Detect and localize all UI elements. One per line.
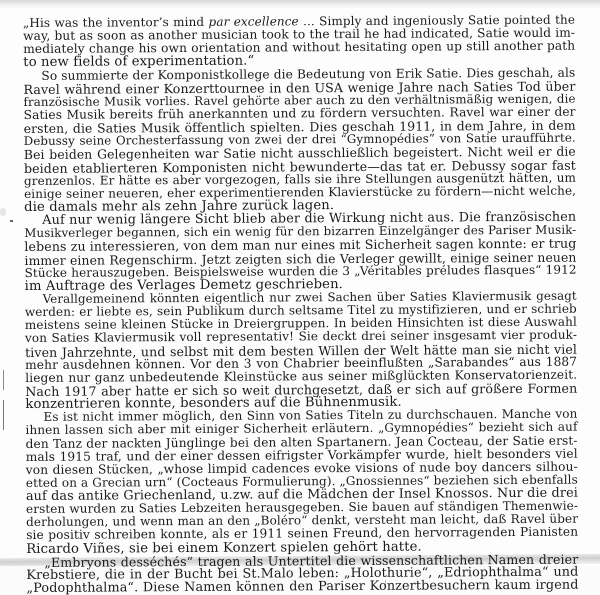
paragraph-p5: „Embryons desséchés“ tragen als Untertit… [26,552,578,595]
paragraph-p2: Auf nur wenig längere Sicht blieb aber d… [24,211,576,293]
text-line: „Podophthalma“. Diese Namen können den P… [26,579,578,595]
paragraph-p4: Es ist nicht immer möglich, den Sinn von… [25,408,578,556]
margin-bar-mark [3,370,4,390]
paragraph-p3: Verallgemeinend könnten eigentlich nur z… [25,290,578,412]
margin-dot-mark [10,220,13,222]
text-segment: „Podophthalma“. Diese Namen können den P… [26,578,578,595]
margin-smudge [0,208,6,216]
paragraph-p1: So summierte der Komponistkollege die Be… [23,66,576,214]
margin-bar-mark [3,400,4,430]
article-body: „His was the inventor’s mind par excelle… [23,14,579,595]
paragraph-quote: „His was the inventor’s mind par excelle… [23,14,575,70]
